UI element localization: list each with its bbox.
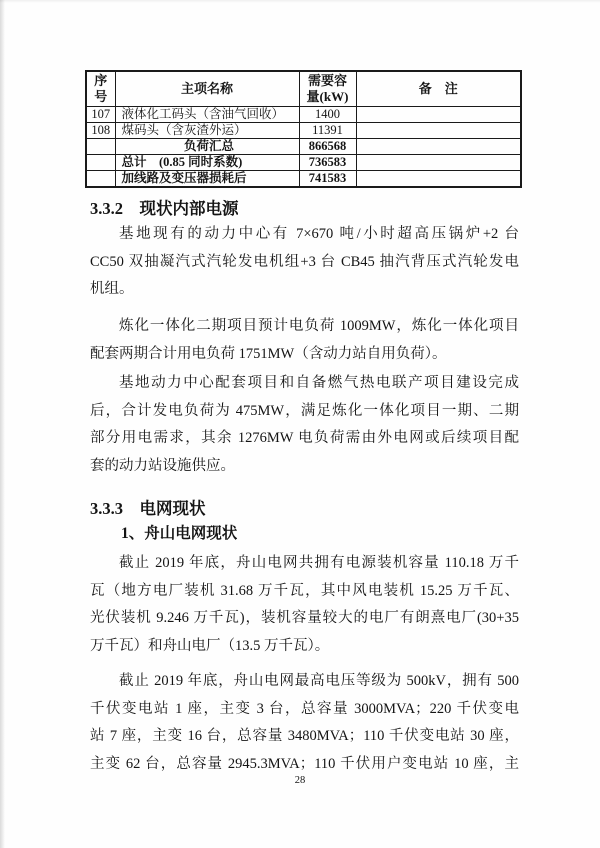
- header-cell-note: 备 注: [356, 71, 521, 106]
- text-line: 主变 62 台，总容量 2945.3MVA；110 千伏用户变电站 10 座，主: [90, 751, 519, 779]
- cell-note: [356, 154, 521, 170]
- table-row-total: 总计 (0.85 同时系数) 736583: [86, 154, 521, 170]
- cell-name: 负荷汇总: [115, 138, 299, 154]
- cell-capacity: 11391: [299, 122, 356, 138]
- cell-capacity: 1400: [299, 106, 356, 122]
- paragraph-power-center: 基地现有的动力中心有 7×670 吨/小时超高压锅炉+2 台 CC50 双抽凝汽…: [90, 221, 519, 304]
- cell-capacity: 736583: [299, 154, 356, 170]
- page-edge-shadow-top: [0, 0, 600, 3]
- header-cell-name: 主项名称: [115, 71, 299, 106]
- table-row-load-sum: 负荷汇总 866568: [86, 138, 521, 154]
- cell-no: 108: [86, 122, 115, 138]
- text-line: 机组。: [90, 276, 519, 304]
- cell-note: [356, 106, 521, 122]
- cell-capacity: 866568: [299, 138, 356, 154]
- document-page: 序号 主项名称 需要容量(kW) 备 注 107 液体化工码头（含油气回收） 1…: [0, 0, 600, 848]
- page-edge-shadow-left: [0, 0, 5, 848]
- table-row-107: 107 液体化工码头（含油气回收） 1400: [86, 106, 521, 122]
- table-header-row: 序号 主项名称 需要容量(kW) 备 注: [86, 71, 521, 106]
- paragraph-cogeneration: 基地动力中心配套项目和自备燃气热电联产项目建设完成 后，合计发电负荷为 475M…: [90, 370, 519, 480]
- cell-capacity: 741583: [299, 170, 356, 187]
- paragraph-phase2-load: 炼化一体化二期项目预计电负荷 1009MW，炼化一体化项目 配套两期合计用电负荷…: [90, 313, 519, 368]
- text-line: 部分用电需求，其余 1276MW 电负荷需由外电网或后续项目配: [90, 425, 519, 453]
- text-line: 截止 2019 年底，舟山电网最高电压等级为 500kV，拥有 500: [90, 668, 519, 696]
- subsection-heading-zhoushan-grid: 1、舟山电网现状: [90, 522, 237, 546]
- text-line: 基地现有的动力中心有 7×670 吨/小时超高压锅炉+2 台: [90, 221, 519, 249]
- text-line: 千伏变电站 1 座，主变 3 台，总容量 3000MVA；220 千伏变电: [90, 696, 519, 724]
- text-line: 配套两期合计用电负荷 1751MW（含动力站自用负荷）。: [90, 341, 519, 369]
- text-line: 截止 2019 年底，舟山电网共拥有电源装机容量 110.18 万千: [90, 550, 519, 578]
- cell-name: 煤码头（含灰渣外运）: [115, 122, 299, 138]
- cell-no: [86, 170, 115, 187]
- text-line: 站 7 座，主变 16 台，总容量 3480MVA；110 千伏变电站 30 座…: [90, 723, 519, 751]
- text-line: 光伏装机 9.246 万千瓦)，装机容量较大的电厂有朗熹电厂(30+35: [90, 605, 519, 633]
- cell-note: [356, 122, 521, 138]
- table-row-108: 108 煤码头（含灰渣外运） 11391: [86, 122, 521, 138]
- cell-note: [356, 138, 521, 154]
- text-line: 炼化一体化二期项目预计电负荷 1009MW，炼化一体化项目: [90, 313, 519, 341]
- cell-name: 加线路及变压器损耗后: [115, 170, 299, 187]
- table-row-after-loss: 加线路及变压器损耗后 741583: [86, 170, 521, 187]
- paragraph-installed-capacity: 截止 2019 年底，舟山电网共拥有电源装机容量 110.18 万千 瓦（地方电…: [90, 550, 519, 660]
- section-heading-333: 3.3.3 电网现状: [90, 497, 206, 521]
- cell-note: [356, 170, 521, 187]
- paragraph-substations: 截止 2019 年底，舟山电网最高电压等级为 500kV，拥有 500 千伏变电…: [90, 668, 519, 778]
- page-number: 28: [0, 775, 600, 786]
- header-cell-capacity: 需要容量(kW): [299, 71, 356, 106]
- cell-name: 总计 (0.85 同时系数): [115, 154, 299, 170]
- text-line: 基地动力中心配套项目和自备燃气热电联产项目建设完成: [90, 370, 519, 398]
- header-cell-no: 序号: [86, 71, 115, 106]
- text-line: CC50 双抽凝汽式汽轮发电机组+3 台 CB45 抽汽背压式汽轮发电: [90, 249, 519, 277]
- text-line: 后，合计发电负荷为 475MW，满足炼化一体化项目一期、二期: [90, 398, 519, 426]
- text-line: 万千瓦）和舟山电厂（13.5 万千瓦）。: [90, 633, 519, 661]
- section-heading-332: 3.3.2 现状内部电源: [90, 197, 239, 221]
- text-line: 套的动力站设施供应。: [90, 453, 519, 481]
- cell-no: 107: [86, 106, 115, 122]
- cell-no: [86, 154, 115, 170]
- cell-no: [86, 138, 115, 154]
- cell-name: 液体化工码头（含油气回收）: [115, 106, 299, 122]
- text-line: 瓦（地方电厂装机 31.68 万千瓦，其中风电装机 15.25 万千瓦、: [90, 578, 519, 606]
- load-summary-table: 序号 主项名称 需要容量(kW) 备 注 107 液体化工码头（含油气回收） 1…: [85, 70, 522, 188]
